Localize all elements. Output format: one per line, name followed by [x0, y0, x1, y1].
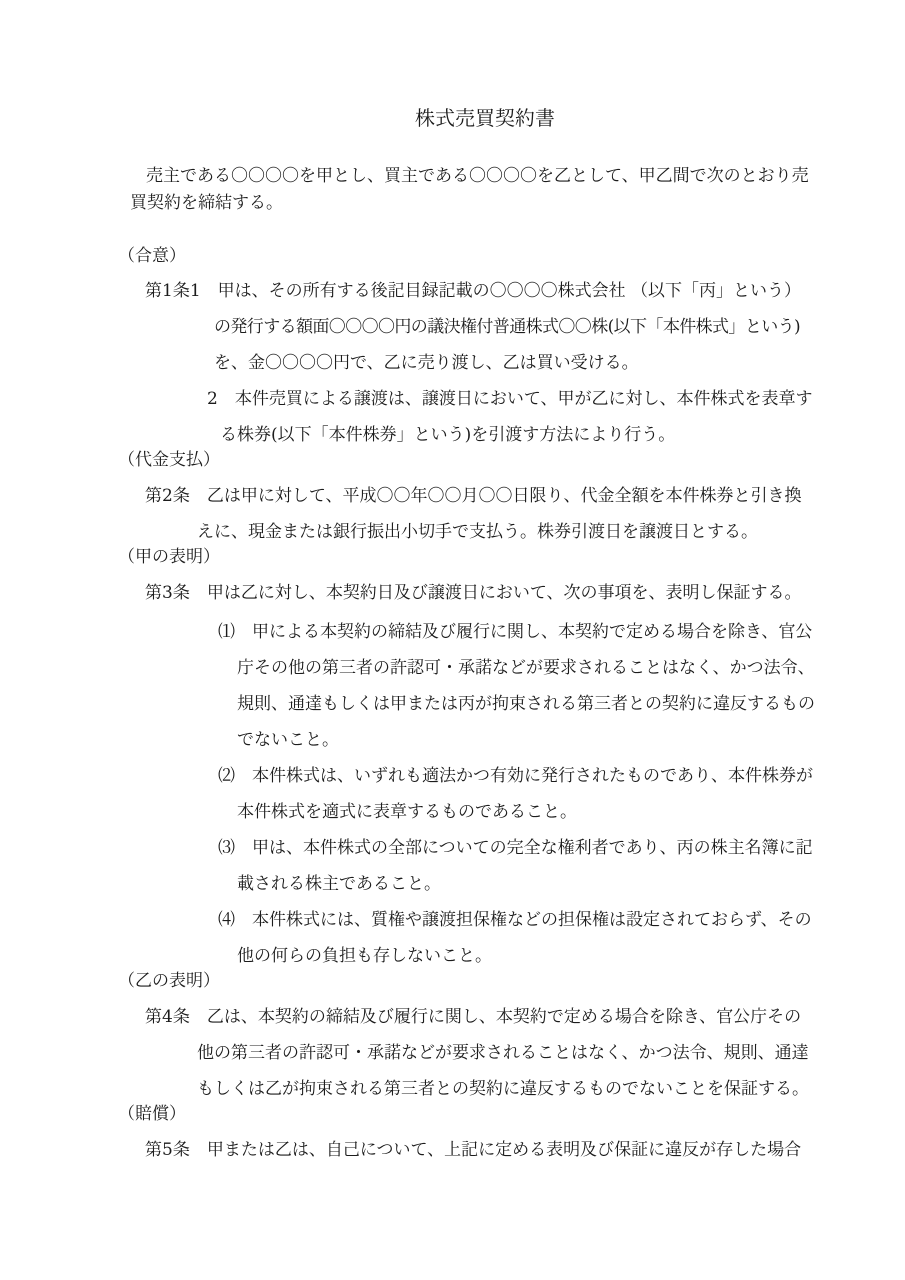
article-2-line-2: えに、現金または銀行振出小切手で支払う。株券引渡日を譲渡日とする。: [197, 519, 905, 546]
article-5-line-1: 第5条 甲または乙は、自己について、上記に定める表明及び保証に違反が存した場合: [145, 1137, 905, 1164]
article-1-clause-1-line-3: を、金〇〇〇〇円で、乙に売り渡し、乙は買い受ける。: [214, 350, 905, 377]
document-page: 株式売買契約書 売主である〇〇〇〇を甲とし、買主である〇〇〇〇を乙として、甲乙間…: [0, 0, 905, 1280]
article-3-item-2-line-1: ⑵ 本件株式は、いずれも適法かつ有効に発行されたものであり、本件株券が: [218, 763, 905, 790]
article-1-clause-2-line-2: る株券(以下「本件株券」という)を引渡す方法により行う。: [220, 422, 905, 449]
article-3-item-4-line-2: 他の何らの負担も存しないこと。: [237, 943, 905, 970]
preamble-line-1: 売主である〇〇〇〇を甲とし、買主である〇〇〇〇を乙として、甲乙間で次のとおり売: [146, 163, 905, 190]
article-3-item-1-line-1: ⑴ 甲による本契約の締結及び履行に関し、本契約で定める場合を除き、官公: [218, 619, 905, 646]
article-3-item-3-line-1: ⑶ 甲は、本件株式の全部についての完全な権利者であり、丙の株主名簿に記: [218, 835, 905, 862]
document-title: 株式売買契約書: [130, 105, 840, 132]
article-1-clause-1-line-1: 第1条1 甲は、その所有する後記目録記載の〇〇〇〇株式会社 （以下「丙」という）: [145, 278, 905, 305]
article-3-item-1-line-4: でないこと。: [237, 727, 905, 754]
article-1-clause-2-line-1: 2 本件売買による譲渡は、譲渡日において、甲が乙に対し、本件株式を表章す: [207, 386, 905, 413]
article-3-item-1-line-2: 庁その他の第三者の許認可・承諾などが要求されることはなく、かつ法令、: [237, 655, 905, 682]
article-4-line-2: 他の第三者の許認可・承諾などが要求されることはなく、かつ法令、規則、通達: [197, 1040, 905, 1067]
article-3-item-1-line-3: 規則、通達もしくは甲または丙が拘束される第三者との契約に違反するもの: [237, 691, 905, 718]
article-3-item-2-line-2: 本件株式を適式に表章するものであること。: [237, 799, 905, 826]
heading-buyer-representations: （乙の表明）: [118, 968, 905, 995]
article-2-line-1: 第2条 乙は甲に対して、平成〇〇年〇〇月〇〇日限り、代金全額を本件株券と引き換: [145, 483, 905, 510]
heading-indemnification: （賠償）: [118, 1101, 905, 1128]
article-3-item-4-line-1: ⑷ 本件株式には、質権や譲渡担保権などの担保権は設定されておらず、その: [218, 907, 905, 934]
heading-payment: （代金支払）: [118, 447, 905, 474]
article-1-clause-1-line-2: の発行する額面〇〇〇〇円の議決権付普通株式〇〇株(以下「本件株式」という): [214, 314, 905, 341]
article-3-line-1: 第3条 甲は乙に対し、本契約日及び譲渡日において、次の事項を、表明し保証する。: [145, 580, 905, 607]
heading-agreement: （合意）: [118, 243, 905, 270]
article-3-item-3-line-2: 載される株主であること。: [237, 871, 905, 898]
preamble-line-2: 買契約を締結する。: [130, 190, 905, 217]
heading-seller-representations: （甲の表明）: [118, 544, 905, 571]
article-4-line-3: もしくは乙が拘束される第三者との契約に違反するものでないことを保証する。: [197, 1076, 905, 1103]
article-4-line-1: 第4条 乙は、本契約の締結及び履行に関し、本契約で定める場合を除き、官公庁その: [145, 1004, 905, 1031]
